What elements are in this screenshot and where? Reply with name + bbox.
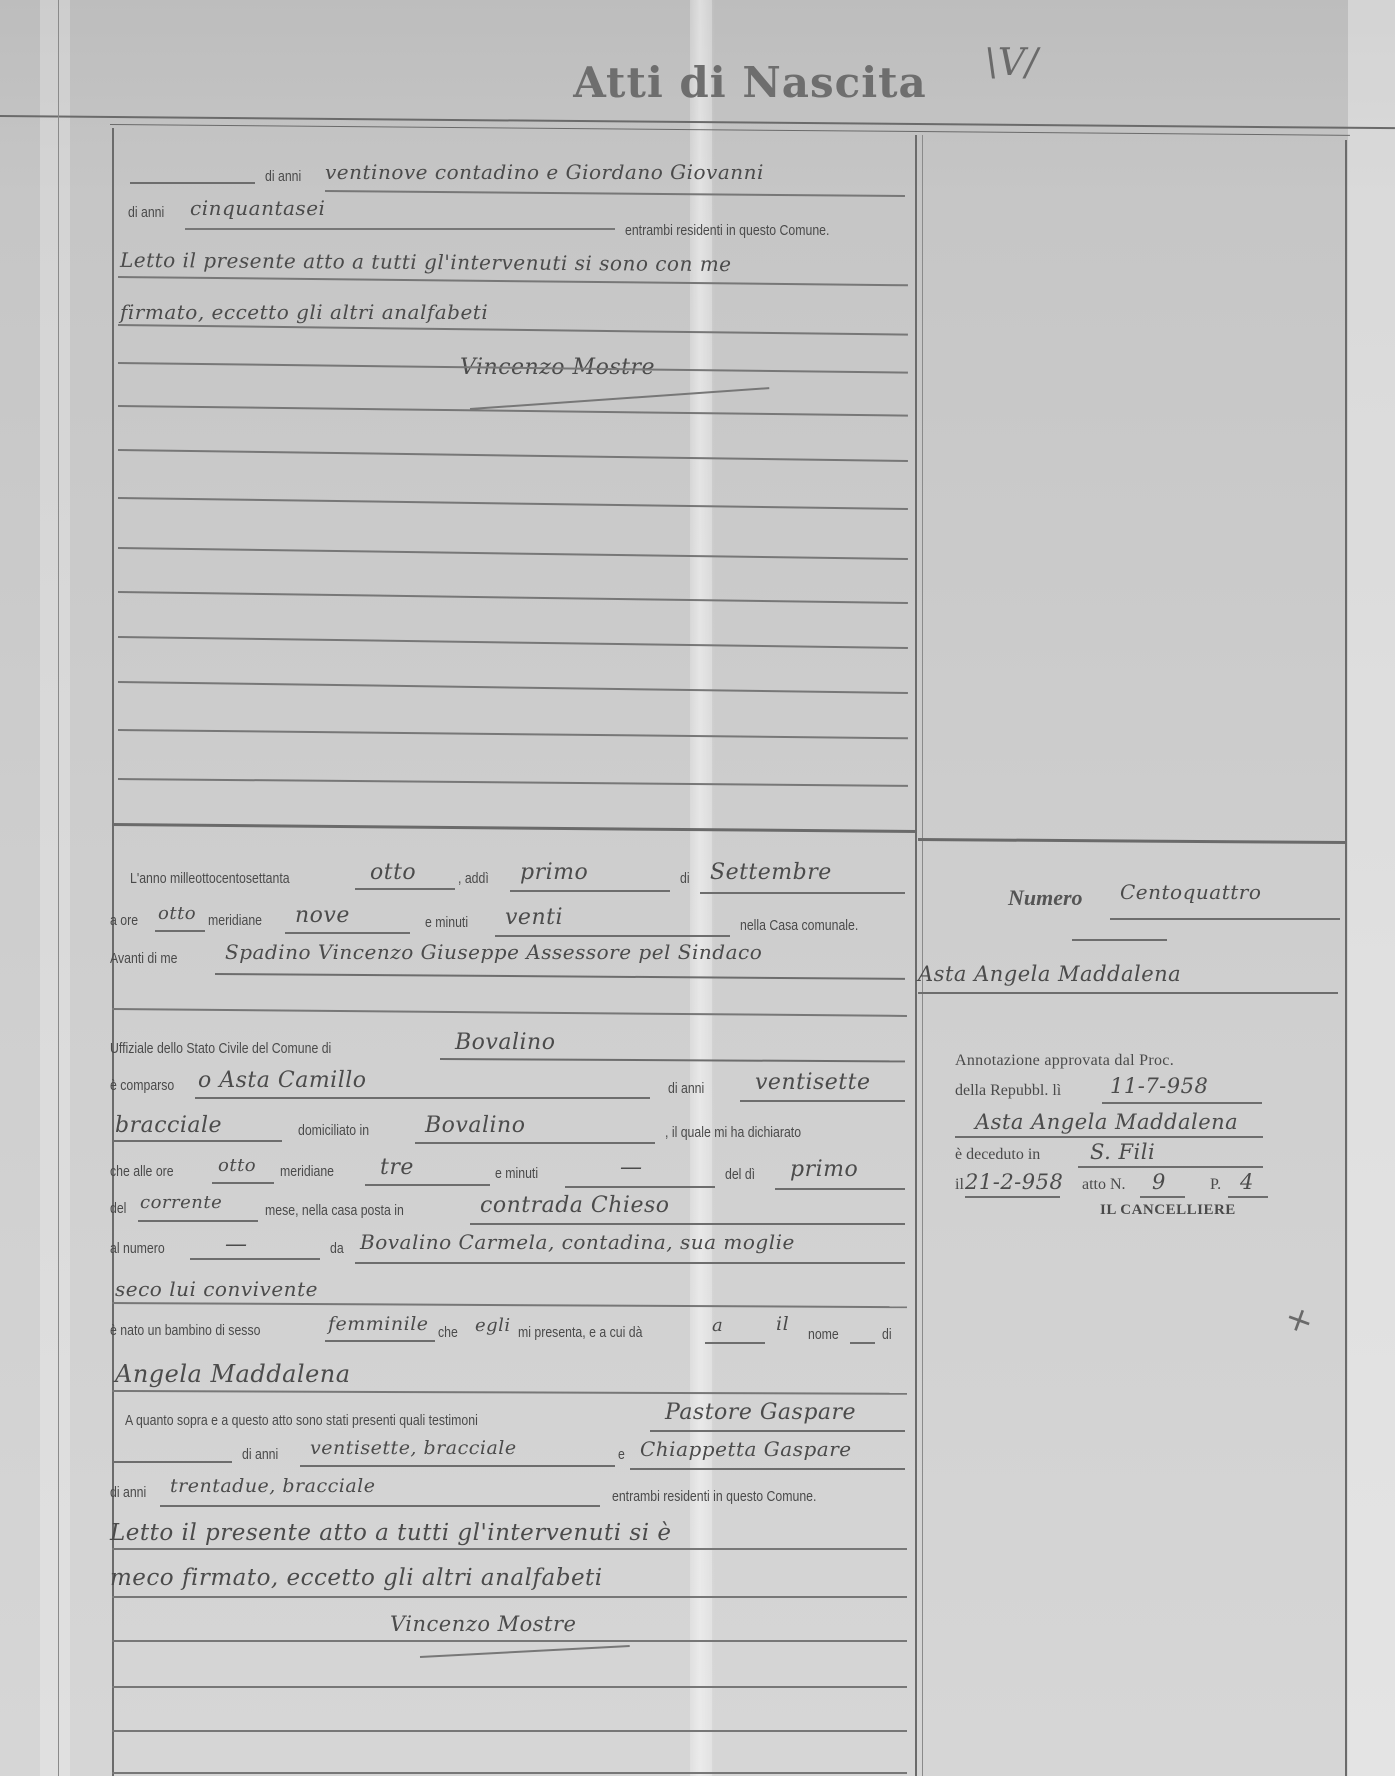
ruled-line bbox=[118, 276, 908, 286]
blank-line bbox=[705, 1342, 765, 1344]
blank-line bbox=[1140, 1196, 1185, 1198]
label-current: del bbox=[110, 1200, 126, 1217]
ruled-line bbox=[185, 228, 615, 230]
label-numero: Numero bbox=[1008, 885, 1083, 911]
ruled-line bbox=[118, 547, 908, 560]
signatory-title: IL CANCELLIERE bbox=[1100, 1202, 1236, 1219]
blank-line bbox=[355, 1262, 905, 1264]
fold-band-right bbox=[1348, 0, 1395, 1776]
ruled-line bbox=[112, 1772, 907, 1774]
label-age: di anni bbox=[668, 1080, 704, 1097]
signature-flourish bbox=[470, 387, 769, 410]
upper-closing-2: firmato, eccetto gli altri analfabeti bbox=[120, 300, 488, 324]
label-di-anni: di anni bbox=[265, 168, 301, 185]
time-value: otto bbox=[218, 1155, 256, 1176]
day-value: primo bbox=[520, 860, 588, 885]
label-witness2-age: di anni bbox=[110, 1484, 146, 1501]
hour-value: otto bbox=[158, 903, 196, 924]
gives-value-b: il bbox=[776, 1313, 789, 1335]
annotation-name: Asta Angela Maddalena bbox=[975, 1110, 1238, 1134]
house-value: contrada Chieso bbox=[480, 1193, 670, 1218]
blank-line bbox=[155, 930, 205, 932]
blank-line bbox=[495, 935, 730, 937]
blank-line bbox=[1228, 1196, 1268, 1198]
blank-line bbox=[630, 1468, 905, 1470]
ruled-line bbox=[112, 1548, 907, 1550]
ruled-line bbox=[112, 1390, 907, 1395]
label-hour: a ore bbox=[110, 912, 138, 929]
label-presents-a: che bbox=[438, 1324, 458, 1341]
right-section-divider bbox=[918, 838, 1346, 844]
ruled-line bbox=[118, 497, 908, 510]
ruled-line bbox=[112, 1640, 907, 1642]
label-residents-2: entrambi residenti in questo Comune. bbox=[612, 1488, 816, 1505]
upper-closing-1: Letto il presente atto a tutti gl'interv… bbox=[120, 248, 732, 276]
occupation-value: bracciale bbox=[115, 1113, 222, 1138]
officer-value: Bovalino bbox=[455, 1030, 555, 1055]
blank-line bbox=[160, 1505, 600, 1507]
label-name-suffix: di bbox=[882, 1326, 892, 1343]
label-time-minutes: e minuti bbox=[495, 1165, 538, 1182]
blank-line bbox=[355, 888, 455, 890]
label-di-anni-2: di anni bbox=[128, 204, 164, 221]
label-month: di bbox=[680, 870, 690, 887]
scanned-page: Atti di Nascita \V/ di anni ventinove co… bbox=[0, 0, 1395, 1776]
label-act: atto N. bbox=[1082, 1176, 1126, 1194]
blank-line bbox=[700, 892, 905, 894]
signature-flourish bbox=[420, 1645, 630, 1658]
born-sex-value: femminile bbox=[328, 1313, 429, 1335]
label-witnesses: A quanto sopra e a questo atto sono stat… bbox=[125, 1412, 478, 1429]
ruled-line bbox=[118, 778, 908, 787]
label-witness1-age: di anni bbox=[242, 1446, 278, 1463]
age-value: ventisette bbox=[755, 1070, 871, 1095]
label-minutes: e minuti bbox=[425, 914, 468, 931]
blank-line bbox=[565, 1186, 715, 1188]
current-value: corrente bbox=[140, 1192, 222, 1213]
blank-line bbox=[740, 1100, 905, 1102]
outer-left-border bbox=[58, 0, 59, 1776]
ruled-line bbox=[118, 729, 908, 739]
label-domiciled: domiciliato in bbox=[298, 1122, 369, 1139]
closing-line-1: Letto il presente atto a tutti gl'interv… bbox=[110, 1520, 672, 1546]
pen-mark: \V/ bbox=[981, 40, 1042, 84]
label-number: al numero bbox=[110, 1240, 165, 1257]
witness2-age: trentadue, bracciale bbox=[170, 1475, 375, 1497]
label-and: e bbox=[618, 1446, 625, 1463]
column-divider-inner bbox=[922, 135, 923, 1776]
blank-line bbox=[215, 973, 905, 980]
blank-line bbox=[212, 1182, 274, 1184]
label-name: nome bbox=[808, 1326, 839, 1343]
label-place: nella Casa comunale. bbox=[740, 917, 858, 934]
deceased-place: S. Fili bbox=[1090, 1140, 1155, 1164]
label-from: da bbox=[330, 1240, 344, 1257]
child-name: Angela Maddalena bbox=[115, 1360, 351, 1388]
label-presents-b: mi presenta, e a cui dà bbox=[518, 1324, 642, 1341]
section-divider bbox=[112, 823, 917, 833]
number-value: — bbox=[225, 1232, 248, 1257]
blank-line bbox=[850, 1342, 875, 1344]
before-value: Spadino Vincenzo Giuseppe Assessore pel … bbox=[225, 940, 762, 964]
blank-line bbox=[470, 1223, 905, 1225]
witness1-name: Pastore Gaspare bbox=[665, 1400, 856, 1425]
label-day-of: del dì bbox=[725, 1166, 755, 1183]
blank-line bbox=[365, 1184, 490, 1186]
witness2-name: Chiappetta Gaspare bbox=[640, 1437, 852, 1461]
label-day: , addì bbox=[458, 870, 489, 887]
blank-line bbox=[965, 1196, 1060, 1198]
subject-name: Asta Angela Maddalena bbox=[918, 962, 1181, 986]
label-residents: entrambi residenti in questo Comune. bbox=[625, 222, 829, 239]
time-meridian-value: tre bbox=[380, 1155, 414, 1180]
blank-line bbox=[918, 992, 1338, 994]
presents-value: egli bbox=[475, 1315, 511, 1336]
closing-signature: Vincenzo Mostre bbox=[390, 1612, 576, 1636]
appeared-value: o Asta Camillo bbox=[198, 1068, 367, 1093]
blank-line bbox=[112, 1461, 232, 1463]
blank-line bbox=[1078, 1166, 1263, 1168]
domiciled-value: Bovalino bbox=[425, 1113, 525, 1138]
margin-cross-mark: + bbox=[1279, 1296, 1319, 1343]
upper-line1-value: ventinove contadino e Giordano Giovanni bbox=[325, 160, 764, 184]
ruled-line bbox=[112, 1730, 907, 1732]
blank-line bbox=[130, 182, 255, 184]
ruled-line bbox=[112, 1302, 907, 1308]
ruled-line bbox=[118, 681, 908, 694]
label-time-meridian: meridiane bbox=[280, 1163, 334, 1180]
blank-line bbox=[1072, 939, 1167, 941]
death-date: 21-2-958 bbox=[965, 1170, 1063, 1194]
meridian-value: nove bbox=[295, 903, 350, 928]
blank-line bbox=[325, 1340, 435, 1342]
record-number-value: Centoquattro bbox=[1120, 880, 1261, 904]
ruled-line bbox=[112, 1008, 907, 1017]
time-minutes-value: — bbox=[620, 1155, 643, 1180]
blank-line bbox=[285, 932, 410, 934]
blank-line bbox=[775, 1188, 905, 1190]
label-time: che alle ore bbox=[110, 1163, 174, 1180]
label-declared: , il quale mi ha dichiarato bbox=[665, 1124, 801, 1141]
gives-value-a: a bbox=[712, 1315, 723, 1336]
blank-line bbox=[138, 1220, 258, 1222]
page-value: 4 bbox=[1240, 1170, 1254, 1194]
act-number: 9 bbox=[1152, 1170, 1166, 1194]
label-appeared: è comparso bbox=[110, 1077, 174, 1094]
blank-line bbox=[112, 1140, 282, 1142]
ruled-line bbox=[118, 591, 908, 604]
label-before: Avanti di me bbox=[110, 950, 177, 967]
blank-line bbox=[510, 890, 670, 892]
upper-line2-value: cinquantasei bbox=[190, 196, 325, 220]
year-value: otto bbox=[370, 860, 416, 885]
ruled-line bbox=[118, 449, 908, 462]
blank-line bbox=[955, 1136, 1263, 1138]
from-value-continued: seco lui convivente bbox=[115, 1277, 318, 1301]
witness1-age: ventisette, bracciale bbox=[310, 1437, 517, 1459]
label-deceased: è deceduto in bbox=[955, 1146, 1040, 1164]
annotation-line-1: Annotazione approvata dal Proc. bbox=[955, 1052, 1174, 1070]
fold-band-left bbox=[40, 0, 70, 1776]
closing-line-2: meco firmato, eccetto gli altri analfabe… bbox=[110, 1565, 603, 1591]
minutes-value: venti bbox=[505, 905, 563, 930]
blank-line bbox=[650, 1430, 905, 1432]
annotation-label-date: della Repubbl. lì bbox=[955, 1082, 1061, 1100]
blank-line bbox=[440, 1058, 905, 1062]
ruled-line bbox=[112, 1686, 907, 1688]
month-value: Settembre bbox=[710, 860, 832, 885]
annotation-date: 11-7-958 bbox=[1110, 1074, 1208, 1098]
label-house: mese, nella casa posta in bbox=[265, 1202, 404, 1219]
label-page: P. bbox=[1210, 1176, 1221, 1194]
page-title: Atti di Nascita bbox=[520, 58, 980, 107]
ruled-line bbox=[112, 1596, 907, 1598]
label-officer: Uffiziale dello Stato Civile del Comune … bbox=[110, 1040, 331, 1057]
label-death-date: il bbox=[955, 1176, 964, 1194]
ruled-line bbox=[118, 636, 908, 649]
blank-line bbox=[190, 1258, 320, 1260]
label-year: L'anno milleottocentosettanta bbox=[130, 870, 290, 887]
blank-line bbox=[415, 1142, 655, 1144]
label-meridian: meridiane bbox=[208, 912, 262, 929]
right-column-border bbox=[1345, 140, 1347, 1776]
blank-line bbox=[195, 1097, 650, 1099]
column-divider bbox=[915, 135, 917, 1776]
blank-line bbox=[1110, 918, 1340, 920]
label-born: è nato un bambino di sesso bbox=[110, 1322, 260, 1339]
ruled-line bbox=[325, 190, 905, 197]
day-of-value: primo bbox=[790, 1157, 858, 1182]
ruled-line bbox=[118, 324, 908, 336]
blank-line bbox=[300, 1465, 615, 1467]
from-value: Bovalino Carmela, contadina, sua moglie bbox=[360, 1230, 795, 1254]
blank-line bbox=[1102, 1102, 1262, 1104]
